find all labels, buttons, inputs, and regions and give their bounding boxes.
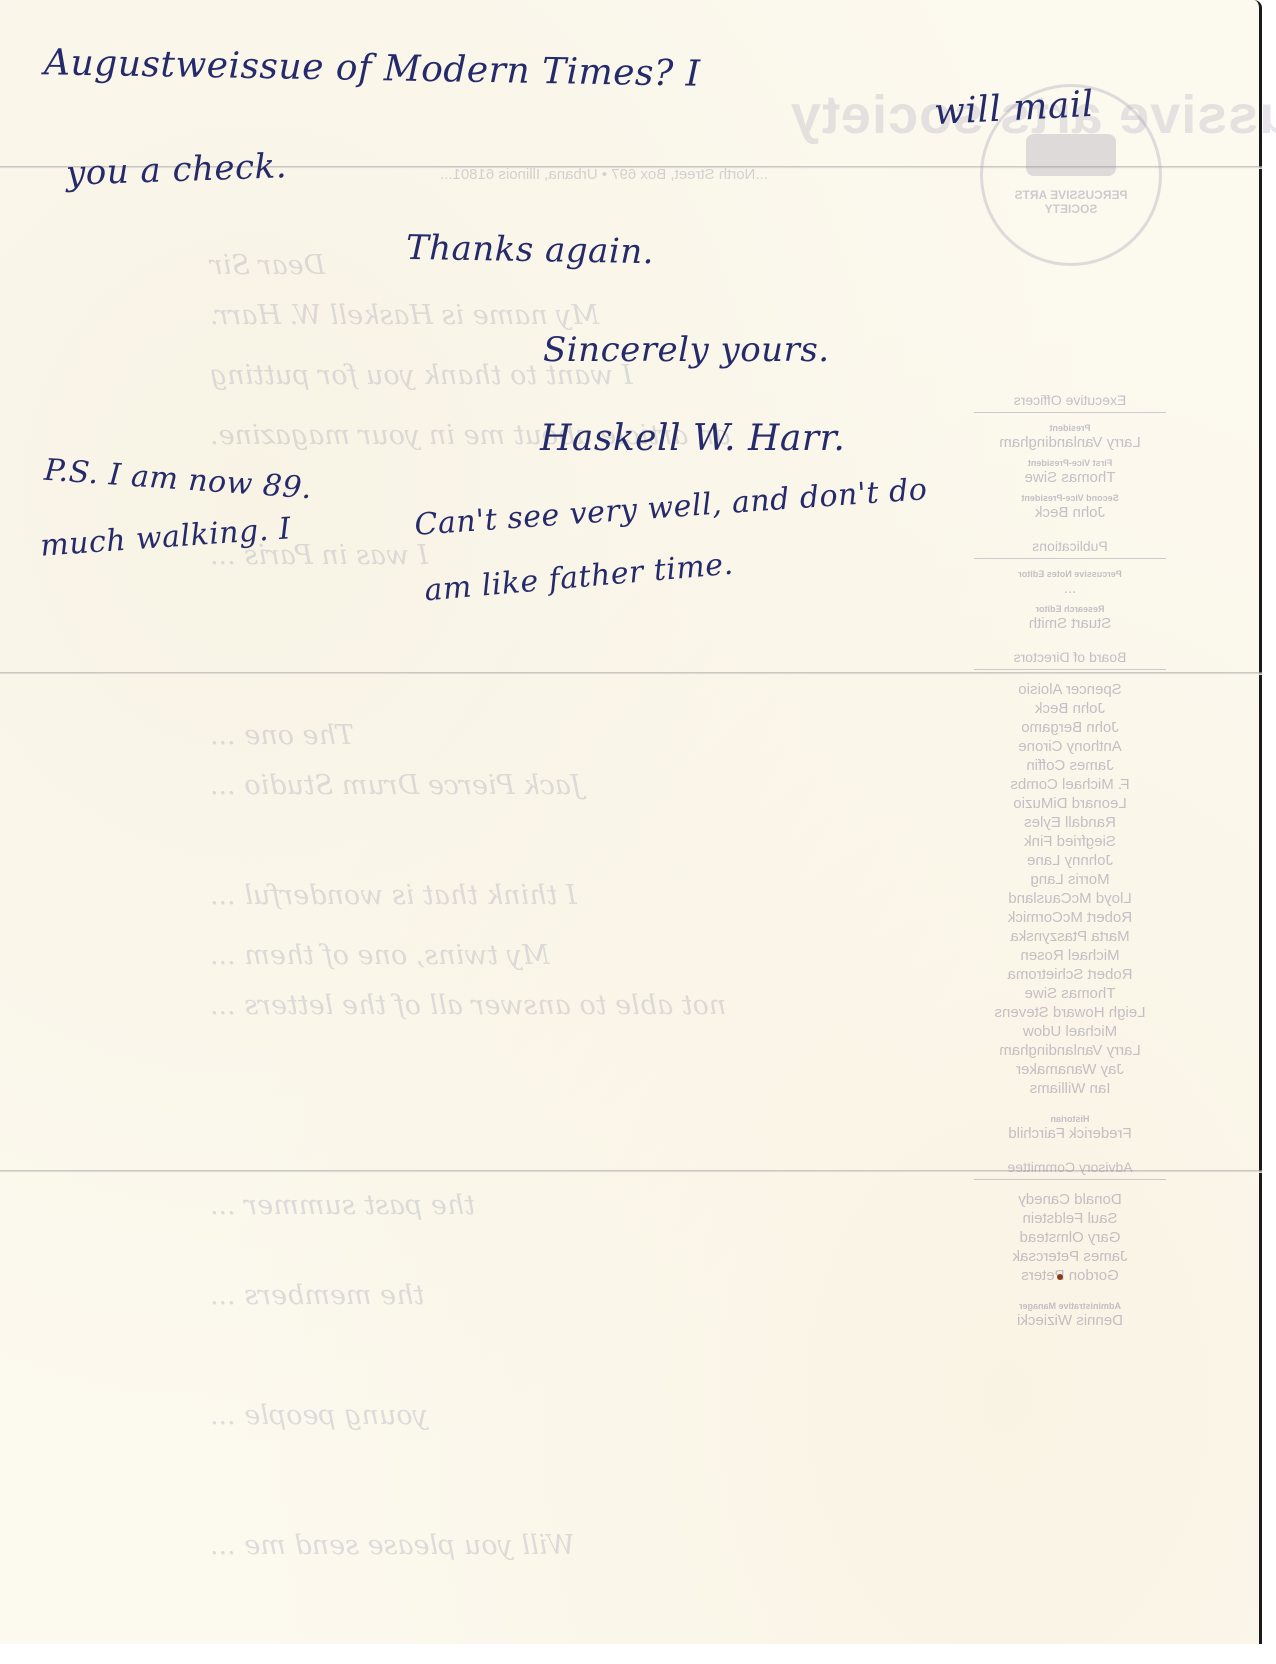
postscript-line-1: P.S. I am now 89. — [43, 453, 313, 507]
sidebar-role: Administrative Manager — [960, 1301, 1180, 1311]
postscript-line-4: am like father time. — [423, 547, 735, 609]
sidebar-name: Robert McCormick — [960, 908, 1180, 927]
sidebar-section-title: Executive Officers — [974, 392, 1166, 413]
sidebar-name: Donald Canedy — [960, 1190, 1180, 1209]
sidebar-group-publications: Publications Percussive Notes Editor ...… — [960, 538, 1180, 633]
closing-valediction: Sincerely yours. — [543, 330, 830, 370]
sidebar-name: Michael Rosen — [960, 946, 1180, 965]
sidebar-name: Larry Vanlandingham — [960, 433, 1180, 452]
sidebar-group-board: Board of Directors Spencer AloisioJohn B… — [960, 649, 1180, 1098]
sidebar-role: Second Vice-President — [960, 493, 1180, 503]
seal-text-line: PERCUSSIVE ARTS — [1015, 188, 1128, 202]
sidebar-name: ... — [960, 579, 1180, 598]
sidebar-role: President — [960, 423, 1180, 433]
struck-word: we — [175, 45, 229, 87]
sidebar-name: Dennis Wiziecki — [960, 1311, 1180, 1330]
sidebar-name: Thomas Siwe — [960, 468, 1180, 487]
sidebar-name: Thomas Siwe — [960, 984, 1180, 1003]
seal-text-line: SOCIETY — [1045, 202, 1098, 216]
letter-text: issue of Modern Times? I — [228, 45, 701, 94]
sidebar-name: Robert Schietroma — [960, 965, 1180, 984]
sidebar-role: First Vice-President — [960, 458, 1180, 468]
reverse-handwriting-line: I think that is wonderful ... — [210, 880, 577, 911]
sidebar-name: Jay Wanamaker — [960, 1060, 1180, 1079]
reverse-handwriting-line: Will you please send me ... — [210, 1530, 575, 1561]
sidebar-section-title: Publications — [974, 538, 1166, 559]
letter-sheet: percussive arts society ...North Street,… — [0, 0, 1262, 1644]
sidebar-name: Saul Feldstein — [960, 1209, 1180, 1228]
sidebar-name: Spencer Aloisio — [960, 680, 1180, 699]
reverse-handwriting-line: the members ... — [210, 1280, 424, 1311]
advisory-committee-list: Donald CanedySaul FeldsteinGary Olmstead… — [960, 1190, 1180, 1285]
letter-line-2: you a check. — [65, 146, 287, 194]
reverse-handwriting-line: the past summer ... — [210, 1190, 475, 1221]
sidebar-name: Ian Williams — [960, 1079, 1180, 1098]
letterhead-sidebar-showthrough: Executive Officers President Larry Vanla… — [960, 392, 1180, 1346]
postscript-line-3: Can't see very well, and don't do — [413, 472, 928, 543]
sidebar-name: Stuart Smith — [960, 614, 1180, 633]
sidebar-section-title: Advisory Committee — [974, 1159, 1166, 1180]
sidebar-group-admin: Administrative Manager Dennis Wiziecki — [960, 1301, 1180, 1330]
reverse-handwriting-line: The one ... — [210, 720, 354, 751]
reverse-handwriting-line: Dear Sir — [210, 250, 325, 281]
board-of-directors-list: Spencer AloisioJohn BeckJohn BergamoAnth… — [960, 680, 1180, 1098]
sidebar-group-executive: Executive Officers President Larry Vanla… — [960, 392, 1180, 522]
sidebar-name: Johnny Lane — [960, 851, 1180, 870]
sidebar-role: Percussive Notes Editor — [960, 569, 1180, 579]
sidebar-name: James Petercsak — [960, 1247, 1180, 1266]
sidebar-name: Michael Udow — [960, 1022, 1180, 1041]
signature: Haskell W. Harr. — [540, 418, 845, 459]
paper-stain — [1057, 1274, 1063, 1280]
letter-line-1-end: will mail — [933, 84, 1095, 133]
reverse-handwriting-line: not able to answer all of the letters ..… — [210, 990, 726, 1021]
sidebar-name: Gordon Peters — [960, 1266, 1180, 1285]
sidebar-role: Research Editor — [960, 604, 1180, 614]
reverse-handwriting-line: My name is Haskell W. Harr. — [210, 300, 599, 331]
sidebar-section-title: Board of Directors — [974, 649, 1166, 670]
sidebar-name: Leonard DiMuzio — [960, 794, 1180, 813]
reverse-handwriting-line: young people ... — [210, 1400, 428, 1431]
sidebar-name: John Beck — [960, 699, 1180, 718]
sidebar-group-historian: Historian Frederick Fairchild — [960, 1114, 1180, 1143]
sidebar-name: Randall Eyles — [960, 813, 1180, 832]
sidebar-name: Lloyd McCausland — [960, 889, 1180, 908]
sidebar-name: Leigh Howard Stevens — [960, 1003, 1180, 1022]
sidebar-name: Siegfried Fink — [960, 832, 1180, 851]
sidebar-name: James Coffin — [960, 756, 1180, 775]
closing-thanks: Thanks again. — [406, 228, 655, 272]
scan-margin — [0, 1644, 1276, 1664]
sidebar-role: Historian — [960, 1114, 1180, 1124]
sidebar-name: Morris Lang — [960, 870, 1180, 889]
letter-word: August — [44, 42, 176, 85]
seal-emblem-icon — [1026, 134, 1116, 176]
sidebar-name: Frederick Fairchild — [960, 1124, 1180, 1143]
sidebar-name: Marta Ptaszynska — [960, 927, 1180, 946]
sidebar-name: Gary Olmstead — [960, 1228, 1180, 1247]
sidebar-name: John Bergamo — [960, 718, 1180, 737]
reverse-handwriting-line: Jack Pierce Drum Studio ... — [210, 770, 582, 801]
sidebar-name: John Beck — [960, 503, 1180, 522]
sidebar-name: F. Michael Combs — [960, 775, 1180, 794]
letter-line-1: Augustweissue of Modern Times? I — [44, 42, 701, 94]
reverse-handwriting-line: My twins, one of them ... — [210, 940, 550, 971]
sidebar-name: Anthony Cirone — [960, 737, 1180, 756]
sidebar-group-advisory: Advisory Committee Donald CanedySaul Fel… — [960, 1159, 1180, 1285]
letterhead-address-showthrough: ...North Street, Box 697 • Urbana, Illin… — [440, 166, 768, 183]
sidebar-name: Larry Vanlandingham — [960, 1041, 1180, 1060]
